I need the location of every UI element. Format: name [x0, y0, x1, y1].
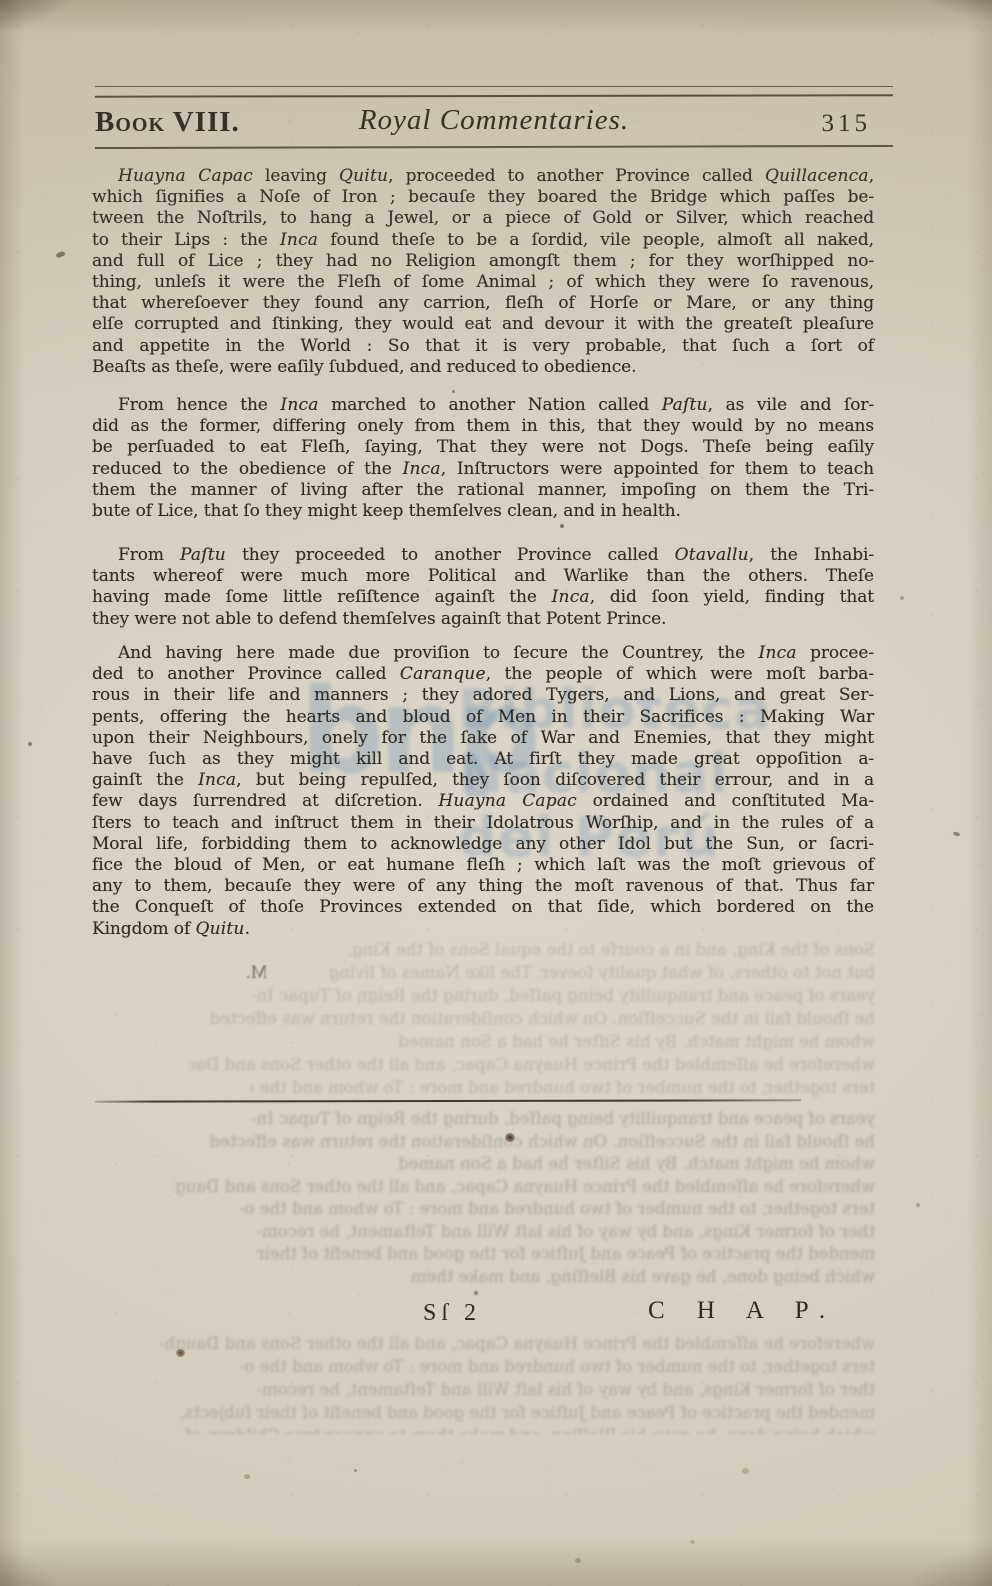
text-line: be perſuaded to eat Fleſh, ſaying, That … [92, 437, 874, 458]
page-scan: bnp BibliotecaNacionaldel Perú Sons of t… [0, 0, 992, 1586]
catchword: C H A P. [648, 1297, 838, 1325]
text-line: them the manner of living after the rati… [92, 480, 874, 501]
showthrough-line: he ſhould fail in the Succeſſion. On whi… [150, 1131, 875, 1154]
signature-mark: Sſ 2 [423, 1300, 481, 1327]
text-line: rous in their life and manners ; they ad… [92, 685, 874, 706]
text-line: Kingdom of Quitu. [92, 919, 874, 940]
showthrough-line: ther of former Kings, and by way of his … [126, 1378, 875, 1401]
text-line: From hence the Inca marched to another N… [92, 395, 874, 416]
text-line: thing, unleſs it were the Fleſh of ſome … [92, 272, 874, 293]
text-line: tants whereof were much more Political a… [92, 566, 874, 587]
showthrough-line: years of peace and tranquillity being pa… [118, 1108, 875, 1131]
text-line: fice the bloud of Men, or eat humane fle… [92, 855, 874, 876]
header-rule-top [95, 86, 893, 87]
page-number: 315 [822, 110, 872, 138]
text-line: did as the former, differing onely from … [92, 416, 874, 437]
showthrough-line: whom he might match. By his Siſter he ha… [126, 1153, 875, 1176]
showthrough-line: ters together, to the number of two hund… [150, 1355, 875, 1378]
paragraph: Huayna Capac leaving Quitu, proceeded to… [92, 166, 874, 378]
footer-line: Sſ 2 C H A P. [0, 1295, 992, 1335]
text-line: upon their Neighbours, onely for the ſak… [92, 728, 874, 749]
text-line: And having here made due proviſion to ſe… [92, 643, 874, 664]
showthrough-line: ters together, to the number of two hund… [134, 1198, 875, 1221]
showthrough-line: ters together, to the number of two hund… [251, 1076, 875, 1098]
text-line: ded to another Province called Caranque,… [92, 664, 874, 685]
showthrough-line: which being done, he gave his Bleſſing, … [407, 1266, 875, 1289]
running-header: Book VIII. Royal Commentaries. 315 [95, 104, 893, 144]
text-line: gainſt the Inca, but being repulſed, the… [92, 770, 874, 791]
text-line: they were not able to defend themſelves … [92, 609, 874, 630]
text-line: tween the Noſtrils, to hang a Jewel, or … [92, 208, 874, 229]
text-line: Beaſts as theſe, were eaſily ſubdued, an… [92, 357, 874, 378]
showthrough-text: Sons of the King, and in a courſe to the… [95, 938, 875, 1098]
showthrough-line: wherefore he aſſembled the Prince Huayna… [118, 1332, 875, 1355]
text-line: ſters to teach and inſtruct them in thei… [92, 813, 874, 834]
showthrough-line: ther of former Kings, and by way of his … [189, 1221, 875, 1244]
text-line: and appetite in the World : So that it i… [92, 336, 874, 357]
text-line: to their Lips : the Inca found theſe to … [92, 230, 874, 251]
showthrough-line: which being done, he gave his Bleſſing, … [134, 1424, 875, 1434]
showthrough-text: wherefore he aſſembled the Prince Huayna… [95, 1332, 875, 1434]
showthrough-signature: M. [246, 962, 268, 984]
text-line: Moral life, forbidding them to acknowled… [92, 834, 874, 855]
text-line: From Paſtu they proceeded to another Pro… [92, 545, 874, 566]
text-line: elſe corrupted and ſtinking, they would … [92, 314, 874, 335]
showthrough-line: he ſhould fail in the Succeſſion. On whi… [173, 1007, 875, 1030]
showthrough-line: mended the practice of Peace and Juſtice… [173, 1401, 875, 1424]
showthrough-line: whom he might match. By his Siſter he ha… [134, 1030, 875, 1053]
text-line: reduced to the obedience of the Inca, In… [92, 459, 874, 480]
text-line: and full of Lice ; they had no Religion … [92, 251, 874, 272]
showthrough-line: years of peace and tranquillity being pa… [126, 984, 875, 1007]
showthrough-line: mended the practice of Peace and Juſtice… [251, 1243, 875, 1266]
text-line: pents, offering the hearts and bloud of … [92, 707, 874, 728]
showthrough-line: Sons of the King, and in a courſe to the… [118, 938, 875, 961]
text-line: bute of Lice, that ſo they might keep th… [92, 501, 874, 522]
text-line: which ſignifies a Noſe of Iron ; becauſe… [92, 187, 874, 208]
text-line: few days ſurrendred at diſcretion. Huayn… [92, 791, 874, 812]
text-line: having made ſome little reſiſtence again… [92, 587, 874, 608]
text-line: the Conqueſt of thoſe Provinces extended… [92, 897, 874, 918]
showthrough-line: wherefore he aſſembled the Prince Huayna… [173, 1176, 875, 1199]
paragraph: And having here made due proviſion to ſe… [92, 643, 874, 940]
paragraph: From Paſtu they proceeded to another Pro… [92, 545, 874, 630]
showthrough-line: wherefore he aſſembled the Prince Huayna… [189, 1053, 875, 1076]
text-line: Huayna Capac leaving Quitu, proceeded to… [92, 166, 874, 187]
book-label: Book VIII. [95, 106, 240, 139]
text-line: that whereſoever they found any carrion,… [92, 293, 874, 314]
showthrough-text: years of peace and tranquillity being pa… [95, 1108, 875, 1288]
text-line: have ſuch as they might kill and eat. At… [92, 749, 874, 770]
paragraph: From hence the Inca marched to another N… [92, 395, 874, 522]
running-title: Royal Commentaries. [359, 104, 629, 137]
text-line: any to them, becauſe they were of any th… [92, 876, 874, 897]
